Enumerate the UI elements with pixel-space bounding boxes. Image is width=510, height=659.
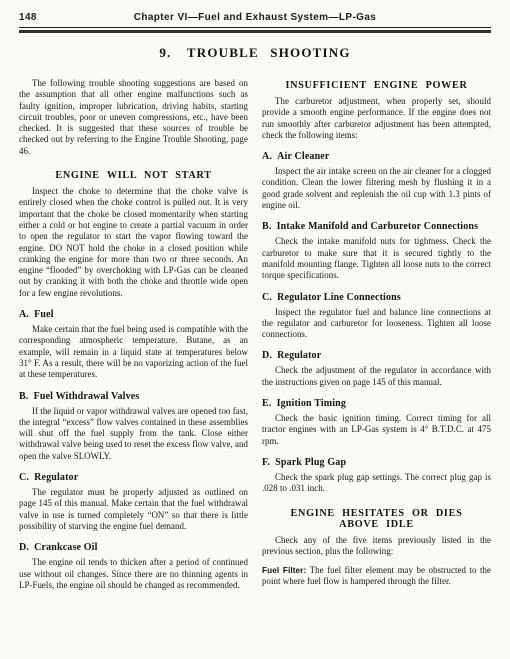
item-body-air-cleaner: Inspect the air intake screen on the air… bbox=[262, 166, 491, 211]
left-intro-paragraph: The following trouble shooting suggestio… bbox=[19, 78, 248, 157]
item-body-regulator-line-connections: Inspect the regulator fuel and balance l… bbox=[262, 307, 491, 341]
fuel-filter-paragraph: Fuel Filter: The fuel filter element may… bbox=[262, 565, 491, 588]
chapter-title: Chapter VI—Fuel and Exhaust System—LP-Ga… bbox=[109, 12, 401, 23]
section-title: 9. TROUBLE SHOOTING bbox=[19, 45, 491, 61]
left-column: The following trouble shooting suggestio… bbox=[19, 78, 248, 591]
page-number: 148 bbox=[19, 12, 109, 23]
right-intro-paragraph: The carburetor adjustment, when properly… bbox=[262, 96, 491, 141]
item-heading-crankcase-oil: D. Crankcase Oil bbox=[19, 542, 248, 553]
item-body-spark-plug-gap: Check the spark plug gap settings. The c… bbox=[262, 472, 491, 495]
item-body-crankcase-oil: The engine oil tends to thicken after a … bbox=[19, 557, 248, 591]
item-body-regulator-right: Check the adjustment of the regulator in… bbox=[262, 365, 491, 388]
item-heading-spark-plug-gap: F. Spark Plug Gap bbox=[262, 457, 491, 468]
hesitates-paragraph: Check any of the five items previously l… bbox=[262, 535, 491, 558]
item-body-fuel-withdrawal-valves: If the liquid or vapor withdrawal valves… bbox=[19, 406, 248, 462]
item-heading-regulator-line-connections: C. Regulator Line Connections bbox=[262, 292, 491, 303]
heading-insufficient-engine-power: INSUFFICIENT ENGINE POWER bbox=[262, 80, 491, 91]
item-heading-ignition-timing: E. Ignition Timing bbox=[262, 398, 491, 409]
header-rule bbox=[19, 27, 491, 33]
heading-engine-hesitates: ENGINE HESITATES OR DIES ABOVE IDLE bbox=[262, 508, 491, 530]
fuel-filter-label: Fuel Filter: bbox=[262, 566, 306, 575]
item-heading-fuel: A. Fuel bbox=[19, 309, 248, 320]
heading-engine-hesitates-line1: ENGINE HESITATES OR DIES bbox=[291, 508, 463, 519]
item-heading-regulator-right: D. Regulator bbox=[262, 350, 491, 361]
item-body-ignition-timing: Check the basic ignition timing. Correct… bbox=[262, 413, 491, 447]
item-heading-regulator-left: C. Regulator bbox=[19, 472, 248, 483]
two-column-body: The following trouble shooting suggestio… bbox=[19, 78, 491, 591]
item-heading-fuel-withdrawal-valves: B. Fuel Withdrawal Valves bbox=[19, 391, 248, 402]
item-body-fuel: Make certain that the fuel being used is… bbox=[19, 324, 248, 380]
manual-page: 148 Chapter VI—Fuel and Exhaust System—L… bbox=[0, 0, 510, 591]
left-choke-paragraph: Inspect the choke to determine that the … bbox=[19, 186, 248, 299]
item-body-regulator-left: The regulator must be properly adjusted … bbox=[19, 487, 248, 532]
item-body-intake-manifold: Check the intake manifold nuts for tight… bbox=[262, 236, 491, 281]
heading-engine-hesitates-line2: ABOVE IDLE bbox=[262, 519, 491, 530]
heading-engine-will-not-start: ENGINE WILL NOT START bbox=[19, 170, 248, 181]
item-heading-air-cleaner: A. Air Cleaner bbox=[262, 151, 491, 162]
right-column: INSUFFICIENT ENGINE POWER The carburetor… bbox=[262, 78, 491, 591]
item-heading-intake-manifold: B. Intake Manifold and Carburetor Connec… bbox=[262, 221, 491, 232]
running-header: 148 Chapter VI—Fuel and Exhaust System—L… bbox=[19, 12, 491, 23]
